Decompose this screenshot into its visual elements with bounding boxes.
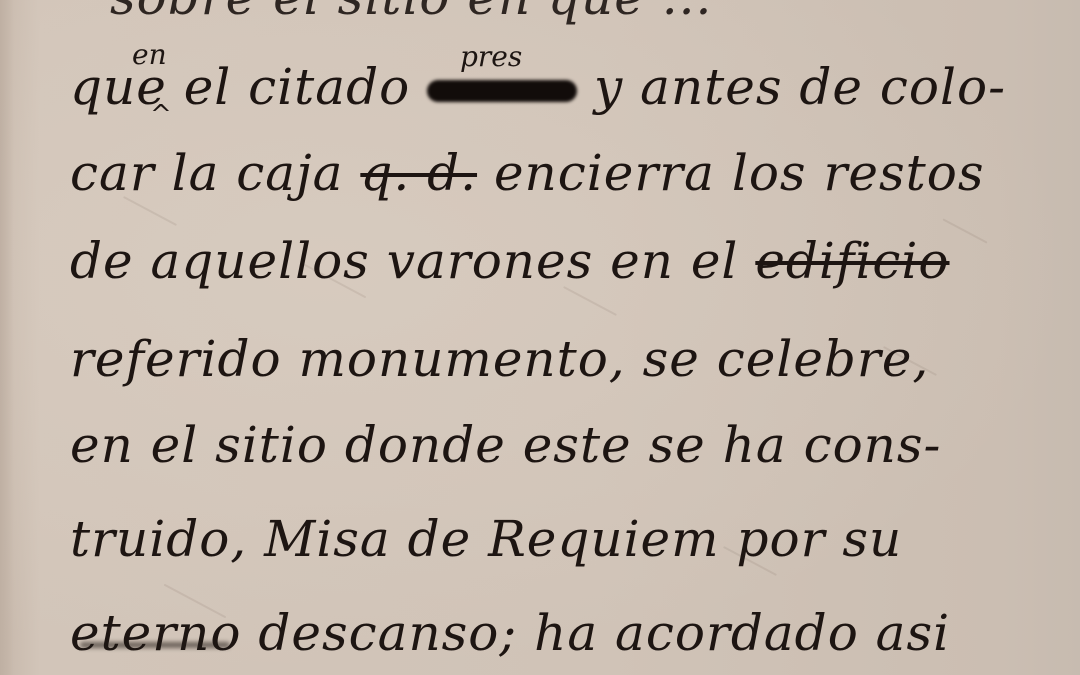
manuscript-line-7: eterno descanso; ha acordado asi [70,608,950,658]
struck-word: edificio [755,232,949,290]
line-text: sobre el sitio en que ... [110,0,712,26]
line-text: eterno descanso; ha acordado asi [70,604,950,662]
manuscript-page: sobre el sitio en que ... en ^ pres que … [0,0,1080,675]
struck-word: q. d. [360,144,477,202]
line-text: truido, Misa de Requiem por su [70,510,902,568]
line-text: que el citado [70,58,410,116]
manuscript-line-1: que el citado y antes de colo- [70,62,1006,112]
manuscript-line-0: sobre el sitio en que ... [110,0,712,22]
manuscript-line-2: car la caja q. d. encierra los restos [70,148,985,198]
manuscript-line-6: truido, Misa de Requiem por su [70,514,902,564]
ink-bleed-through [563,286,617,316]
manuscript-line-5: en el sitio donde este se ha cons- [70,420,941,470]
line-text: de aquellos varones en el [70,232,738,290]
line-text: en el sitio donde este se ha cons- [70,416,941,474]
line-text: referido monumento, se celebre, [70,330,929,388]
line-text: car la caja [70,144,343,202]
manuscript-line-3: de aquellos varones en el edificio [70,236,950,286]
ink-blot-struck-word [427,80,577,102]
line-text: y antes de colo- [594,58,1006,116]
manuscript-line-4: referido monumento, se celebre, [70,334,929,384]
page-edge-shadow [0,0,14,675]
line-text: encierra los restos [494,144,985,202]
